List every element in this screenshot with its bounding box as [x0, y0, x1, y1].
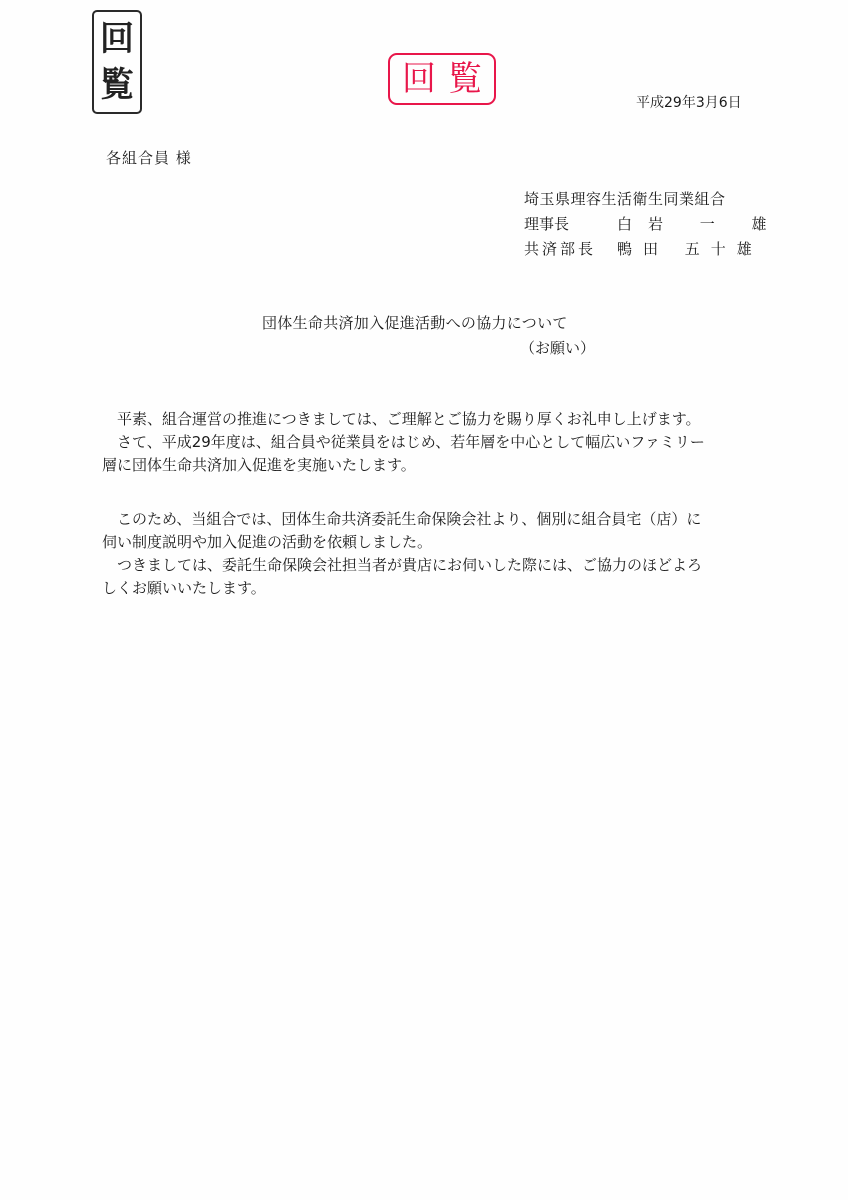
stamp-char: 回 [402, 59, 436, 99]
document-body: 平素、組合運営の推進につきましては、ご理解とご協力を賜り厚くお礼申し上げます。 … [102, 408, 762, 600]
recipient-line: 各組合員 様 [106, 147, 192, 168]
body-line: このため、当組合では、団体生命共済委託生命保険会社より、個別に組合員宅（店）に [102, 508, 762, 531]
sender-department-head: 共済部長鴨田 五十雄 [524, 237, 764, 262]
document-page: 回 覧 回 覧 平成29年3月6日 各組合員 様 埼玉県理容生活衛生同業組合 理… [0, 0, 848, 1200]
department-head-name: 鴨田 五十雄 [617, 237, 763, 262]
document-date: 平成29年3月6日 [636, 92, 742, 112]
sender-organization: 埼玉県理容生活衛生同業組合 [524, 187, 764, 212]
stamp-char: 回 [100, 19, 134, 59]
body-line: 平素、組合運営の推進につきましては、ご理解とご協力を賜り厚くお礼申し上げます。 [102, 408, 762, 431]
department-head-position: 共済部長 [524, 237, 617, 262]
kairan-stamp-red: 回 覧 [388, 53, 496, 105]
body-line: 層に団体生命共済加入促進を実施いたします。 [102, 454, 762, 477]
body-line: 伺い制度説明や加入促進の活動を依頼しました。 [102, 531, 762, 554]
sender-block: 埼玉県理容生活衛生同業組合 理事長白岩 一 雄 共済部長鴨田 五十雄 [524, 187, 764, 262]
stamp-char: 覧 [448, 59, 482, 99]
chairman-position: 理事長 [524, 212, 617, 237]
kairan-stamp-black: 回 覧 [92, 10, 142, 114]
stamp-char: 覧 [100, 65, 134, 105]
paragraph-gap [102, 477, 762, 508]
body-line: つきましては、委託生命保険会社担当者が貴店にお伺いした際には、ご協力のほどよろ [102, 554, 762, 577]
document-subtitle: （お願い） [520, 337, 595, 358]
document-title: 団体生命共済加入促進活動への協力について [262, 312, 568, 333]
body-line: さて、平成29年度は、組合員や従業員をはじめ、若年層を中心として幅広いファミリー [102, 431, 762, 454]
sender-chairman: 理事長白岩 一 雄 [524, 212, 764, 237]
body-line: しくお願いいたします。 [102, 577, 762, 600]
chairman-name: 白岩 一 雄 [617, 212, 783, 237]
